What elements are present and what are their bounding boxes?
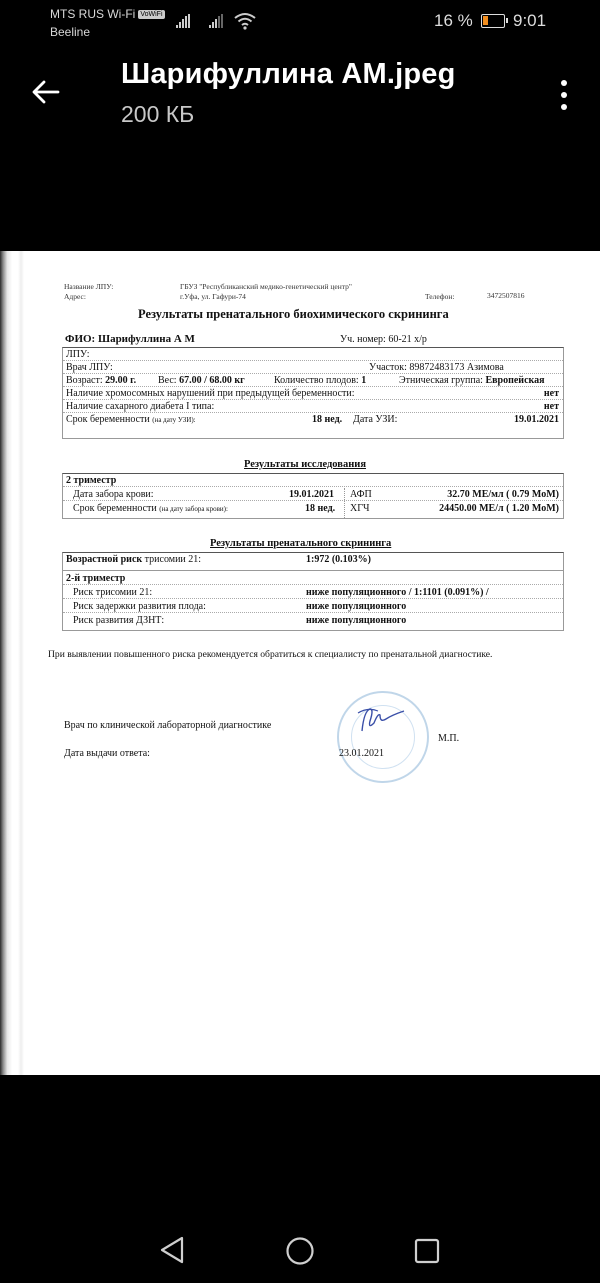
phone-label: Телефон: [425, 292, 455, 301]
ethnic-label: Этническая группа: [399, 375, 483, 386]
patient-fio: ФИО: Шарифуллина А М [65, 333, 195, 345]
reg-number: Уч. номер: 60-21 х/р [340, 334, 427, 345]
row-risk-growth: Риск задержки развития плода: ниже попул… [63, 600, 563, 613]
carrier-primary: MTS RUS Wi-FiVoWiFi [50, 7, 165, 21]
screening-trimester: 2-й триместр [66, 573, 125, 584]
marker-hcg-value: 24450.00 МЕ/л ( 1.20 МоМ) [439, 503, 559, 514]
chromosomal-value: нет [544, 388, 559, 399]
blood-date-label: Дата забора крови: [73, 489, 154, 500]
blood-date-value: 19.01.2021 [289, 489, 334, 500]
us-date-value: 19.01.2021 [514, 414, 559, 425]
age-risk-label-bold: Возрастной риск [66, 554, 142, 565]
research-trimester: 2 триместр [66, 475, 116, 486]
carrier-secondary: Beeline [50, 25, 90, 39]
risk-growth-label: Риск задержки развития плода: [73, 601, 206, 612]
carrier-primary-label: MTS RUS Wi-Fi [50, 7, 135, 21]
signal-strength-icon-2 [209, 14, 223, 28]
row-doctor: Врач ЛПУ: Участок: 89872483173 Азимова [63, 361, 563, 374]
more-vertical-icon [561, 80, 567, 86]
weight-value: 67.00 / 68.00 кг [179, 375, 245, 386]
marker-afp-value: 32.70 МЕ/мл ( 0.79 МоМ) [447, 489, 559, 500]
age-risk-label-rest: трисомии 21: [145, 554, 201, 565]
diabetes-label: Наличие сахарного диабета I типа: [66, 401, 214, 412]
age-risk-value: 1:972 (0.103%) [306, 554, 371, 565]
fetus-count-label: Количество плодов: [274, 375, 359, 386]
risk-trisomy-label: Риск трисомии 21: [73, 587, 152, 598]
row-blood-date: Дата забора крови: 19.01.2021 АФП 32.70 … [63, 488, 563, 501]
phone-value: 3472507816 [487, 291, 525, 300]
chromosomal-label: Наличие хромосомных нарушений при предыд… [66, 388, 355, 399]
clock: 9:01 [513, 11, 546, 31]
seal-label: М.П. [438, 733, 459, 744]
row-blood-gest: Срок беременности (на дату забора крови)… [63, 502, 563, 515]
weight: Вес: 67.00 / 68.00 кг [158, 375, 245, 386]
gest-age-note: (на дату УЗИ): [152, 416, 195, 424]
risk-ntd-value: ниже популяционного [306, 615, 406, 626]
us-date-label: Дата УЗИ: [353, 414, 397, 425]
wifi-icon [234, 12, 256, 30]
lpu-label: ЛПУ: [66, 349, 89, 360]
back-button[interactable] [28, 75, 64, 111]
fio-value: Шарифуллина А М [98, 333, 195, 345]
screening-section-title: Результаты пренатального скрининга [210, 538, 391, 549]
row-age-risk: Возрастной риск трисомии 21: 1:972 (0.10… [63, 553, 563, 571]
doctor-signature-label: Врач по клинической лабораторной диагнос… [64, 720, 271, 731]
weight-label: Вес: [158, 375, 177, 386]
issue-date-value: 23.01.2021 [339, 748, 384, 759]
age-value: 29.00 г. [105, 375, 136, 386]
issue-date-label: Дата выдачи ответа: [64, 748, 150, 759]
reg-number-label: Уч. номер: [340, 334, 386, 345]
blood-gest-value: 18 нед. [305, 503, 335, 514]
fetus-count-value: 1 [361, 375, 366, 386]
battery-percent: 16 % [434, 11, 473, 31]
paper-edge-shadow [0, 251, 12, 1075]
battery-icon [481, 14, 505, 28]
row-chromosomal: Наличие хромосомных нарушений при предыд… [63, 387, 563, 400]
patient-info-table: ЛПУ: Врач ЛПУ: Участок: 89872483173 Азим… [62, 347, 564, 439]
document-title: Результаты пренатального биохимического … [138, 307, 449, 322]
gest-age-label: Срок беременности [66, 414, 150, 425]
risk-ntd-label: Риск развития ДЗНТ: [73, 615, 164, 626]
address-label: Адрес: [64, 292, 86, 301]
risk-growth-value: ниже популяционного [306, 601, 406, 612]
fetus-count: Количество плодов: 1 [274, 375, 366, 386]
marker-afp-name: АФП [350, 489, 372, 500]
vowifi-badge: VoWiFi [138, 10, 164, 19]
row-risk-ntd: Риск развития ДЗНТ: ниже популяционного [63, 614, 563, 627]
blood-gest-label: Срок беременности [73, 503, 157, 514]
age-label: Возраст: [66, 375, 103, 386]
more-options-button[interactable] [552, 78, 576, 112]
nav-home-button[interactable] [285, 1236, 315, 1266]
nav-recents-button[interactable] [414, 1238, 440, 1264]
file-size: 200 КБ [121, 101, 194, 128]
diabetes-value: нет [544, 401, 559, 412]
signal-strength-icon-1 [176, 14, 190, 28]
age: Возраст: 29.00 г. [66, 375, 136, 386]
screening-results-table: Возрастной риск трисомии 21: 1:972 (0.10… [62, 552, 564, 631]
district-label: Участок: [369, 362, 407, 373]
marker-hcg-name: ХГЧ [350, 503, 370, 514]
address-value: г.Уфа, ул. Гафури-74 [180, 292, 246, 301]
research-results-table: 2 триместр Дата забора крови: 19.01.2021… [62, 473, 564, 519]
blood-gest: Срок беременности (на дату забора крови)… [73, 503, 228, 514]
row-lpu: ЛПУ: [63, 348, 563, 361]
row-diabetes: Наличие сахарного диабета I типа: нет [63, 400, 563, 413]
row-trimester: 2 триместр [63, 474, 563, 487]
recommendation-text: При выявлении повышенного риска рекоменд… [48, 649, 492, 660]
signature [350, 701, 410, 741]
row-screening-trimester: 2-й триместр [63, 572, 563, 585]
row-gestational-age: Срок беременности (на дату УЗИ): 18 нед.… [63, 413, 563, 426]
district: Участок: 89872483173 Азимова [369, 362, 504, 373]
ethnic-value: Европейская [485, 375, 544, 386]
paper-edge-highlight [18, 251, 24, 1075]
status-bar: MTS RUS Wi-FiVoWiFi Beeline 16 % 9:01 [0, 0, 600, 50]
row-risk-trisomy: Риск трисомии 21: ниже популяционного / … [63, 586, 563, 599]
document-image[interactable]: Название ЛПУ: ГБУЗ "Республиканский меди… [0, 251, 600, 1075]
blood-gest-note: (на дату забора крови): [159, 505, 228, 513]
doctor-label: Врач ЛПУ: [66, 362, 113, 373]
gest-age: Срок беременности (на дату УЗИ): [66, 414, 196, 425]
file-title: Шарифуллина АМ.jpeg [121, 58, 456, 91]
district-value: 89872483173 Азимова [409, 362, 503, 373]
fio-label: ФИО: [65, 333, 95, 345]
reg-number-value: 60-21 х/р [388, 334, 427, 345]
age-risk: Возрастной риск трисомии 21: [66, 554, 201, 565]
research-section-title: Результаты исследования [244, 459, 366, 470]
lpu-name-label: Название ЛПУ: [64, 282, 113, 291]
ethnic-group: Этническая группа: Европейская [399, 375, 545, 386]
arrow-left-icon [28, 75, 64, 111]
column-divider [344, 488, 345, 518]
risk-trisomy-value: ниже популяционного / 1:1101 (0.091%) / [306, 587, 489, 598]
row-age-weight: Возраст: 29.00 г. Вес: 67.00 / 68.00 кг … [63, 374, 563, 387]
lpu-name-value: ГБУЗ "Республиканский медико-генетически… [180, 282, 352, 291]
gest-age-value: 18 нед. [312, 414, 342, 425]
nav-back-button[interactable] [158, 1235, 186, 1265]
